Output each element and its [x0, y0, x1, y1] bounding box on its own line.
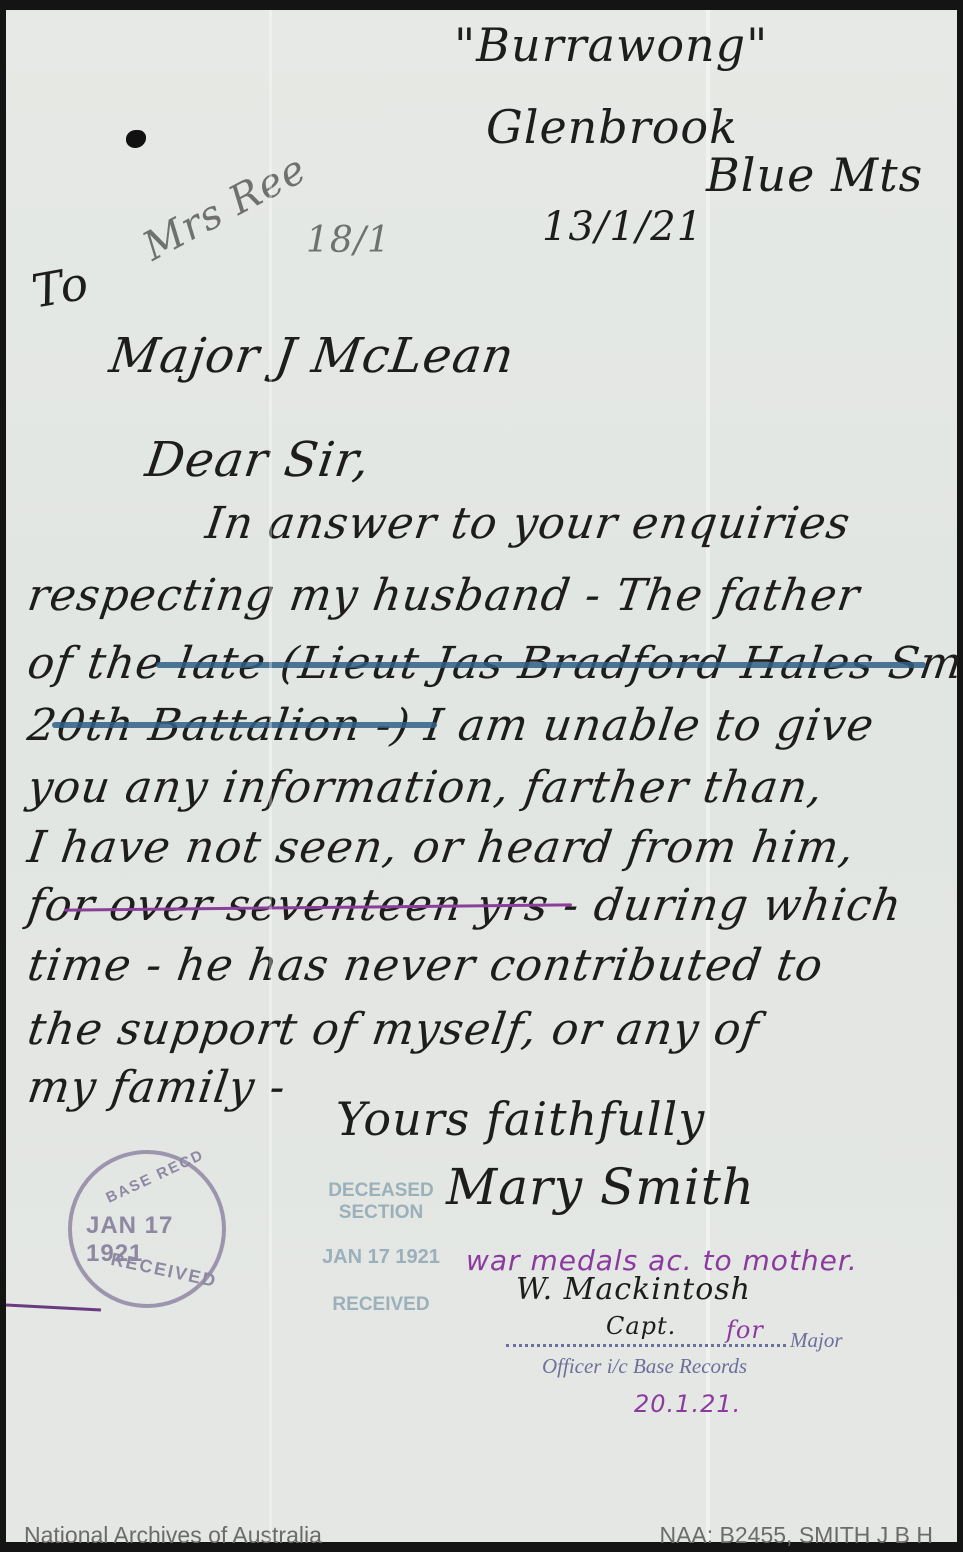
punch-hole [126, 130, 146, 148]
body-line-1: In answer to your enquiries [202, 498, 853, 549]
letter-date: 13/1/21 [542, 204, 703, 250]
printed-officer: Officer i/c Base Records [542, 1354, 747, 1379]
body-line-2: respecting my husband - The father [24, 570, 863, 621]
address-region: Blue Mts [706, 148, 923, 202]
stamp-line-1: DECEASED [306, 1180, 456, 1202]
addressee: Major J McLean [106, 328, 518, 384]
signature: Mary Smith [446, 1158, 755, 1216]
body-line-9: the support of myself, or any of [24, 1004, 762, 1055]
minute-rank: Capt. [606, 1312, 676, 1340]
address-town: Glenbrook [486, 100, 738, 154]
blue-pencil-underline-2 [52, 722, 437, 728]
stamp-line-2: SECTION [306, 1202, 456, 1224]
pencil-annotation: Mrs Ree [136, 146, 315, 270]
blue-pencil-underline [156, 662, 926, 668]
footer-archive-name: National Archives of Australia [24, 1522, 322, 1549]
body-line-8: time - he has never contributed to [24, 940, 826, 991]
document-page: "Burrawong" Glenbrook Blue Mts 13/1/21 T… [6, 10, 957, 1542]
minute-date: 20.1.21. [634, 1390, 741, 1418]
dotted-line [506, 1344, 786, 1347]
pencil-ref: 18/1 [306, 220, 391, 261]
stamp-status: RECEIVED [306, 1294, 456, 1316]
printed-major: Major [790, 1328, 843, 1353]
stamp-date: JAN 17 1921 [306, 1246, 456, 1268]
body-line-5: you any information, farther than, [24, 762, 826, 813]
purple-margin-stroke [6, 1304, 101, 1312]
address-house: "Burrawong" [454, 18, 768, 72]
deceased-section-stamp: DECEASED SECTION JAN 17 1921 RECEIVED [306, 1180, 456, 1316]
stamp-top-text: BASE RECD [103, 1146, 207, 1206]
annotation-to: To [28, 255, 93, 318]
footer-reference: NAA: B2455, SMITH J B H [659, 1522, 933, 1549]
body-line-6: I have not seen, or heard from him, [24, 822, 857, 873]
salutation: Dear Sir, [142, 432, 374, 488]
body-line-10: my family - [24, 1062, 289, 1113]
base-records-stamp: BASE RECD JAN 17 1921 RECEIVED [68, 1150, 226, 1308]
minute-signature: W. Mackintosh [516, 1272, 751, 1307]
minute-for: for [726, 1316, 764, 1344]
closing: Yours faithfully [336, 1092, 705, 1146]
